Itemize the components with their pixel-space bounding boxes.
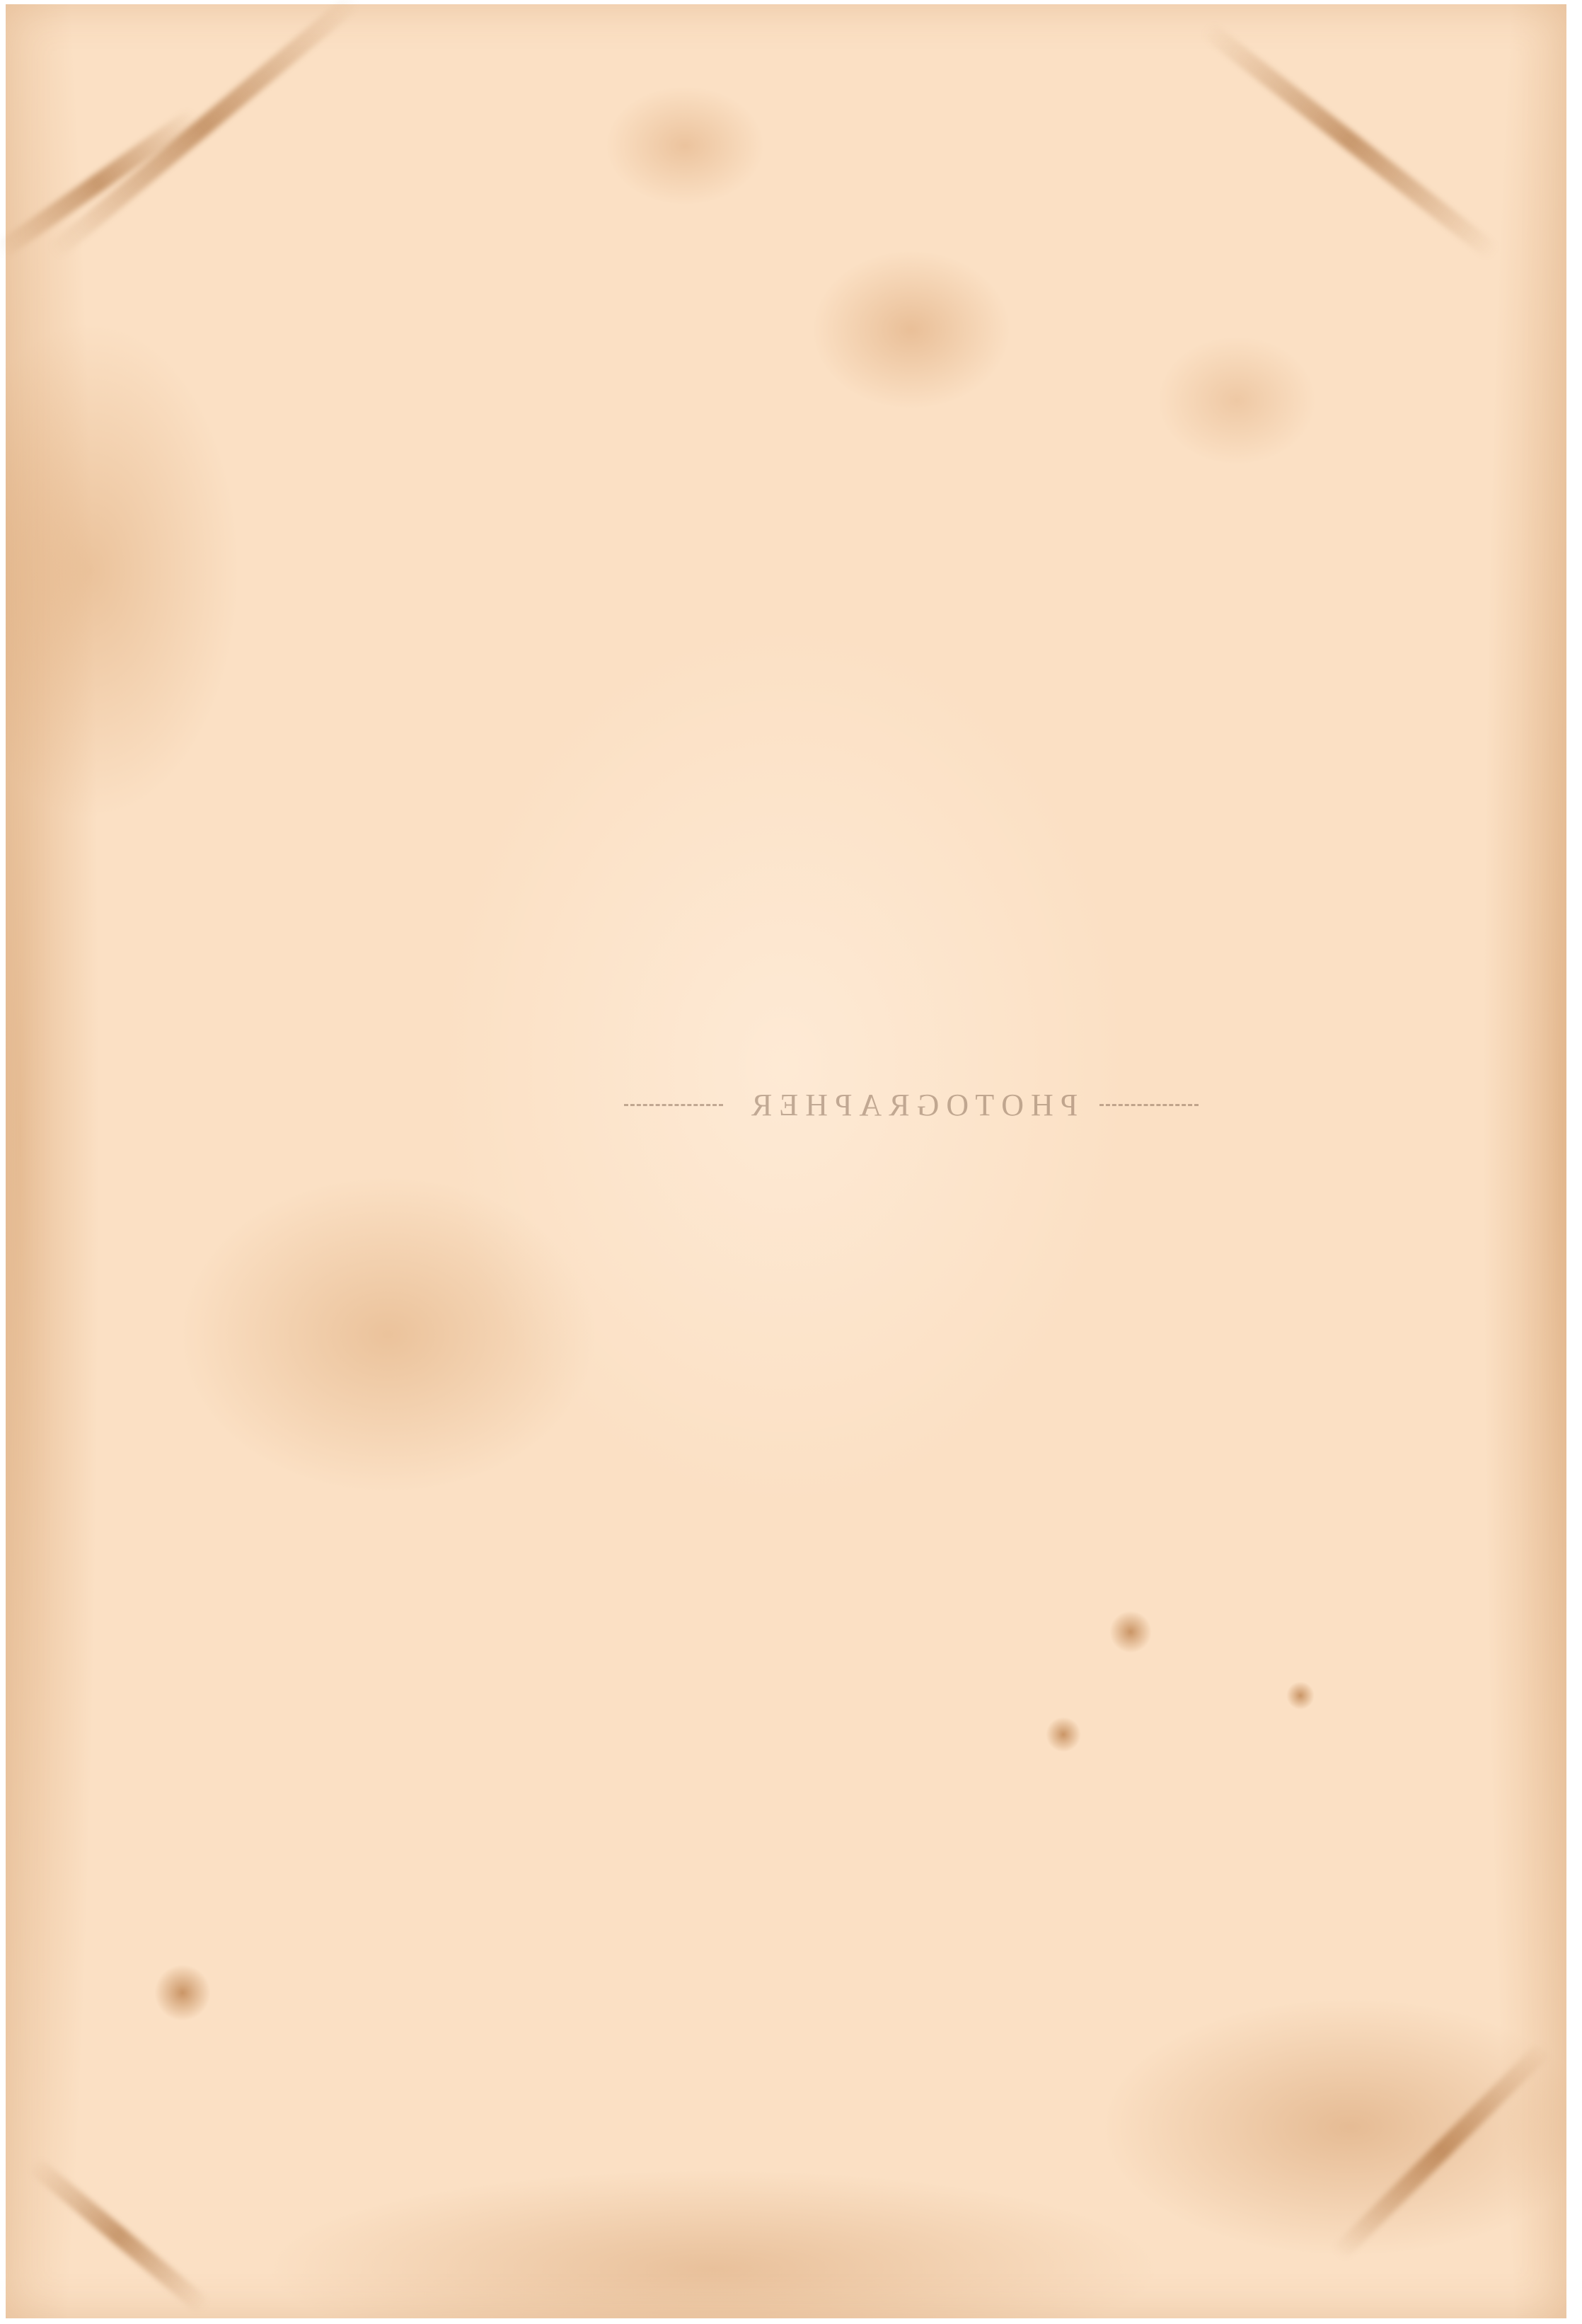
stain-diagonal-bottom-left xyxy=(26,2156,212,2316)
imprint-text: PHOTOGRAPHER xyxy=(744,1087,1078,1123)
card-back: PHOTOGRAPHER xyxy=(6,4,1566,2318)
stain-diagonal-top-left-2 xyxy=(0,107,202,260)
imprint-rule-right xyxy=(1099,1104,1199,1106)
foxing-spot xyxy=(154,1965,211,2021)
photographer-imprint: PHOTOGRAPHER xyxy=(572,1087,1251,1122)
stain-diagonal-bottom-right xyxy=(1330,2039,1553,2262)
foxing-spot xyxy=(1109,1611,1152,1653)
stain-diagonal-top-right xyxy=(1199,21,1501,262)
imprint-rule-left xyxy=(624,1104,723,1106)
foxing-spot xyxy=(1046,1717,1081,1752)
foxing-spot xyxy=(1286,1681,1315,1710)
stain-diagonal-top-left-1 xyxy=(46,0,362,261)
